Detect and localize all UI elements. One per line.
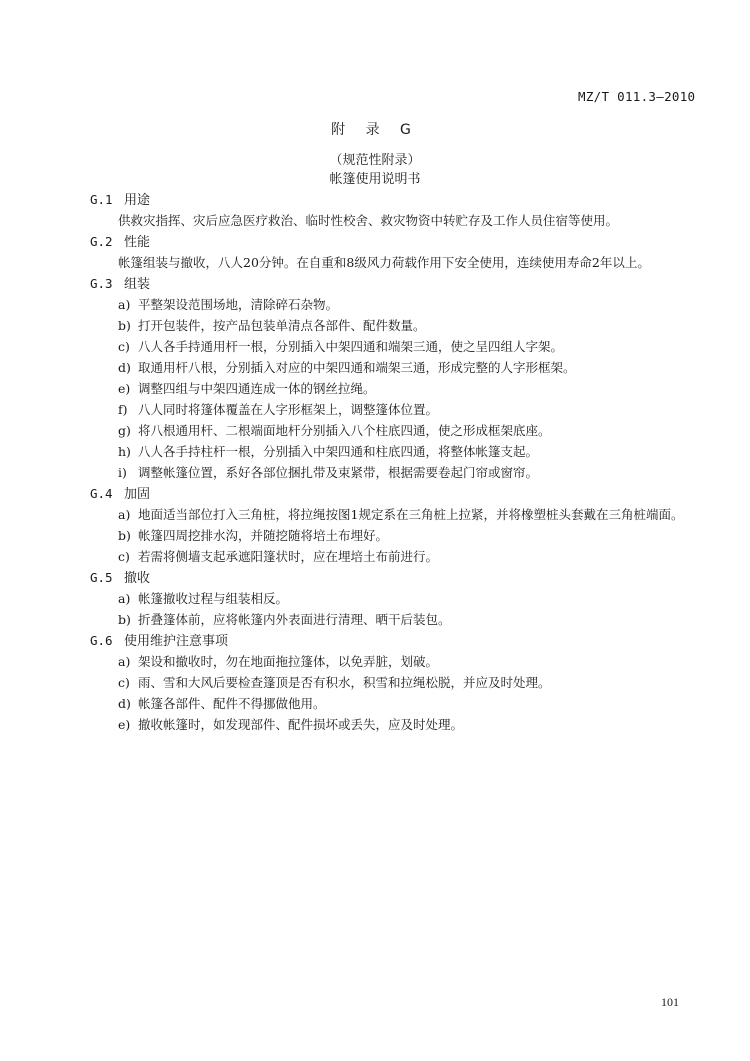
- item-text: 八人各手持通用杆一根，分别插入中架四通和端架三通，使之呈四组人字架。: [138, 339, 563, 354]
- list-item: a)地面适当部位打入三角桩，将拉绳按图1规定系在三角桩上拉紧，并将橡塑桩头套戴在…: [90, 504, 690, 525]
- item-text: 帐篷各部件、配件不得挪做他用。: [138, 696, 326, 711]
- list-item: b)帐篷四周挖排水沟，并随挖随将培土布埋好。: [90, 525, 690, 546]
- list-item: a)平整架设范围场地，清除碎石杂物。: [90, 294, 690, 315]
- section-title: 组装: [124, 277, 150, 292]
- item-marker: d): [118, 693, 138, 714]
- list-item: a)帐篷撤收过程与组装相反。: [90, 588, 690, 609]
- item-marker: g): [118, 420, 138, 441]
- section-number: G.6: [90, 631, 124, 651]
- section-heading-g4: G.4加固: [90, 484, 690, 504]
- appendix-title: 附 录 G: [0, 119, 750, 139]
- item-marker: c): [118, 336, 138, 357]
- item-marker: a): [118, 651, 138, 672]
- section-title: 性能: [124, 235, 150, 250]
- item-text: 地面适当部位打入三角桩，将拉绳按图1规定系在三角桩上拉紧，并将橡塑桩头套戴在三角…: [138, 507, 683, 522]
- item-text: 若需将侧墙支起承遮阳篷状时，应在埋培土布前进行。: [138, 549, 438, 564]
- item-marker: i): [118, 462, 138, 483]
- list-item: a)架设和撤收时，勿在地面拖拉篷体，以免弄脏，划破。: [90, 651, 690, 672]
- list-item: e)撤收帐篷时，如发现部件、配件损坏或丢失，应及时处理。: [90, 714, 690, 735]
- document-body: G.1用途 供救灾指挥、灾后应急医疗救治、临时性校舍、救灾物资中转贮存及工作人员…: [90, 189, 690, 735]
- standard-code: MZ/T 011.3—2010: [578, 89, 695, 104]
- section-paragraph: 帐篷组装与撤收，八人20分钟。在自重和8级风力荷载作用下安全使用，连续使用寿命2…: [90, 252, 690, 273]
- list-item: c)雨、雪和大风后要检查篷顶是否有积水，积雪和拉绳松脱，并应及时处理。: [90, 672, 690, 693]
- item-text: 平整架设范围场地，清除碎石杂物。: [138, 297, 338, 312]
- item-marker: d): [118, 357, 138, 378]
- section-title: 加固: [124, 487, 150, 502]
- item-marker: a): [118, 294, 138, 315]
- list-item: f)八人同时将篷体覆盖在人字形框架上，调整篷体位置。: [90, 399, 690, 420]
- item-marker: e): [118, 378, 138, 399]
- section-heading-g1: G.1用途: [90, 190, 690, 210]
- item-marker: f): [118, 399, 138, 420]
- item-marker: e): [118, 714, 138, 735]
- item-marker: c): [118, 672, 138, 693]
- item-marker: c): [118, 546, 138, 567]
- item-text: 架设和撤收时，勿在地面拖拉篷体，以免弄脏，划破。: [138, 654, 438, 669]
- item-text: 撤收帐篷时，如发现部件、配件损坏或丢失，应及时处理。: [138, 717, 463, 732]
- item-text: 八人同时将篷体覆盖在人字形框架上，调整篷体位置。: [138, 402, 438, 417]
- appendix-subtitle: （规范性附录）: [0, 149, 750, 168]
- item-text: 八人各手持柱杆一根，分别插入中架四通和柱底四通，将整体帐篷支起。: [138, 444, 538, 459]
- section-heading-g5: G.5撤收: [90, 568, 690, 588]
- section-heading-g3: G.3组装: [90, 274, 690, 294]
- item-marker: h): [118, 441, 138, 462]
- section-heading-g6: G.6使用维护注意事项: [90, 631, 690, 651]
- item-text: 雨、雪和大风后要检查篷顶是否有积水，积雪和拉绳松脱，并应及时处理。: [138, 675, 551, 690]
- section-paragraph: 供救灾指挥、灾后应急医疗救治、临时性校舍、救灾物资中转贮存及工作人员住宿等使用。: [90, 210, 690, 231]
- item-marker: b): [118, 609, 138, 630]
- section-title: 撤收: [124, 571, 150, 586]
- item-text: 打开包装件，按产品包装单清点各部件、配件数量。: [138, 318, 426, 333]
- list-item: e)调整四组与中架四通连成一体的钢丝拉绳。: [90, 378, 690, 399]
- section-number: G.4: [90, 484, 124, 504]
- list-item: d)帐篷各部件、配件不得挪做他用。: [90, 693, 690, 714]
- list-item: i)调整帐篷位置，系好各部位捆扎带及束紧带，根据需要卷起门帘或窗帘。: [90, 462, 690, 483]
- item-marker: b): [118, 315, 138, 336]
- list-item: b)打开包装件，按产品包装单清点各部件、配件数量。: [90, 315, 690, 336]
- item-text: 帐篷撤收过程与组装相反。: [138, 591, 288, 606]
- list-item: h)八人各手持柱杆一根，分别插入中架四通和柱底四通，将整体帐篷支起。: [90, 441, 690, 462]
- document-title: 帐篷使用说明书: [0, 168, 750, 187]
- section-number: G.1: [90, 190, 124, 210]
- section-number: G.5: [90, 568, 124, 588]
- section-heading-g2: G.2性能: [90, 232, 690, 252]
- item-marker: a): [118, 504, 138, 525]
- section-number: G.2: [90, 232, 124, 252]
- section-number: G.3: [90, 274, 124, 294]
- list-item: d)取通用杆八根，分别插入对应的中架四通和端架三通，形成完整的人字形框架。: [90, 357, 690, 378]
- list-item: c)若需将侧墙支起承遮阳篷状时，应在埋培土布前进行。: [90, 546, 690, 567]
- item-marker: b): [118, 525, 138, 546]
- list-item: b)折叠篷体前，应将帐篷内外表面进行清理、晒干后装包。: [90, 609, 690, 630]
- item-text: 调整四组与中架四通连成一体的钢丝拉绳。: [138, 381, 376, 396]
- item-text: 帐篷四周挖排水沟，并随挖随将培土布埋好。: [138, 528, 388, 543]
- item-text: 折叠篷体前，应将帐篷内外表面进行清理、晒干后装包。: [138, 612, 451, 627]
- item-text: 取通用杆八根，分别插入对应的中架四通和端架三通，形成完整的人字形框架。: [138, 360, 576, 375]
- list-item: c)八人各手持通用杆一根，分别插入中架四通和端架三通，使之呈四组人字架。: [90, 336, 690, 357]
- item-text: 将八根通用杆、二根端面地杆分别插入八个柱底四通，使之形成框架底座。: [138, 423, 551, 438]
- item-marker: a): [118, 588, 138, 609]
- section-title: 用途: [124, 193, 150, 208]
- page-number: 101: [661, 995, 679, 1010]
- list-item: g)将八根通用杆、二根端面地杆分别插入八个柱底四通，使之形成框架底座。: [90, 420, 690, 441]
- item-text: 调整帐篷位置，系好各部位捆扎带及束紧带，根据需要卷起门帘或窗帘。: [138, 465, 538, 480]
- section-title: 使用维护注意事项: [124, 634, 228, 649]
